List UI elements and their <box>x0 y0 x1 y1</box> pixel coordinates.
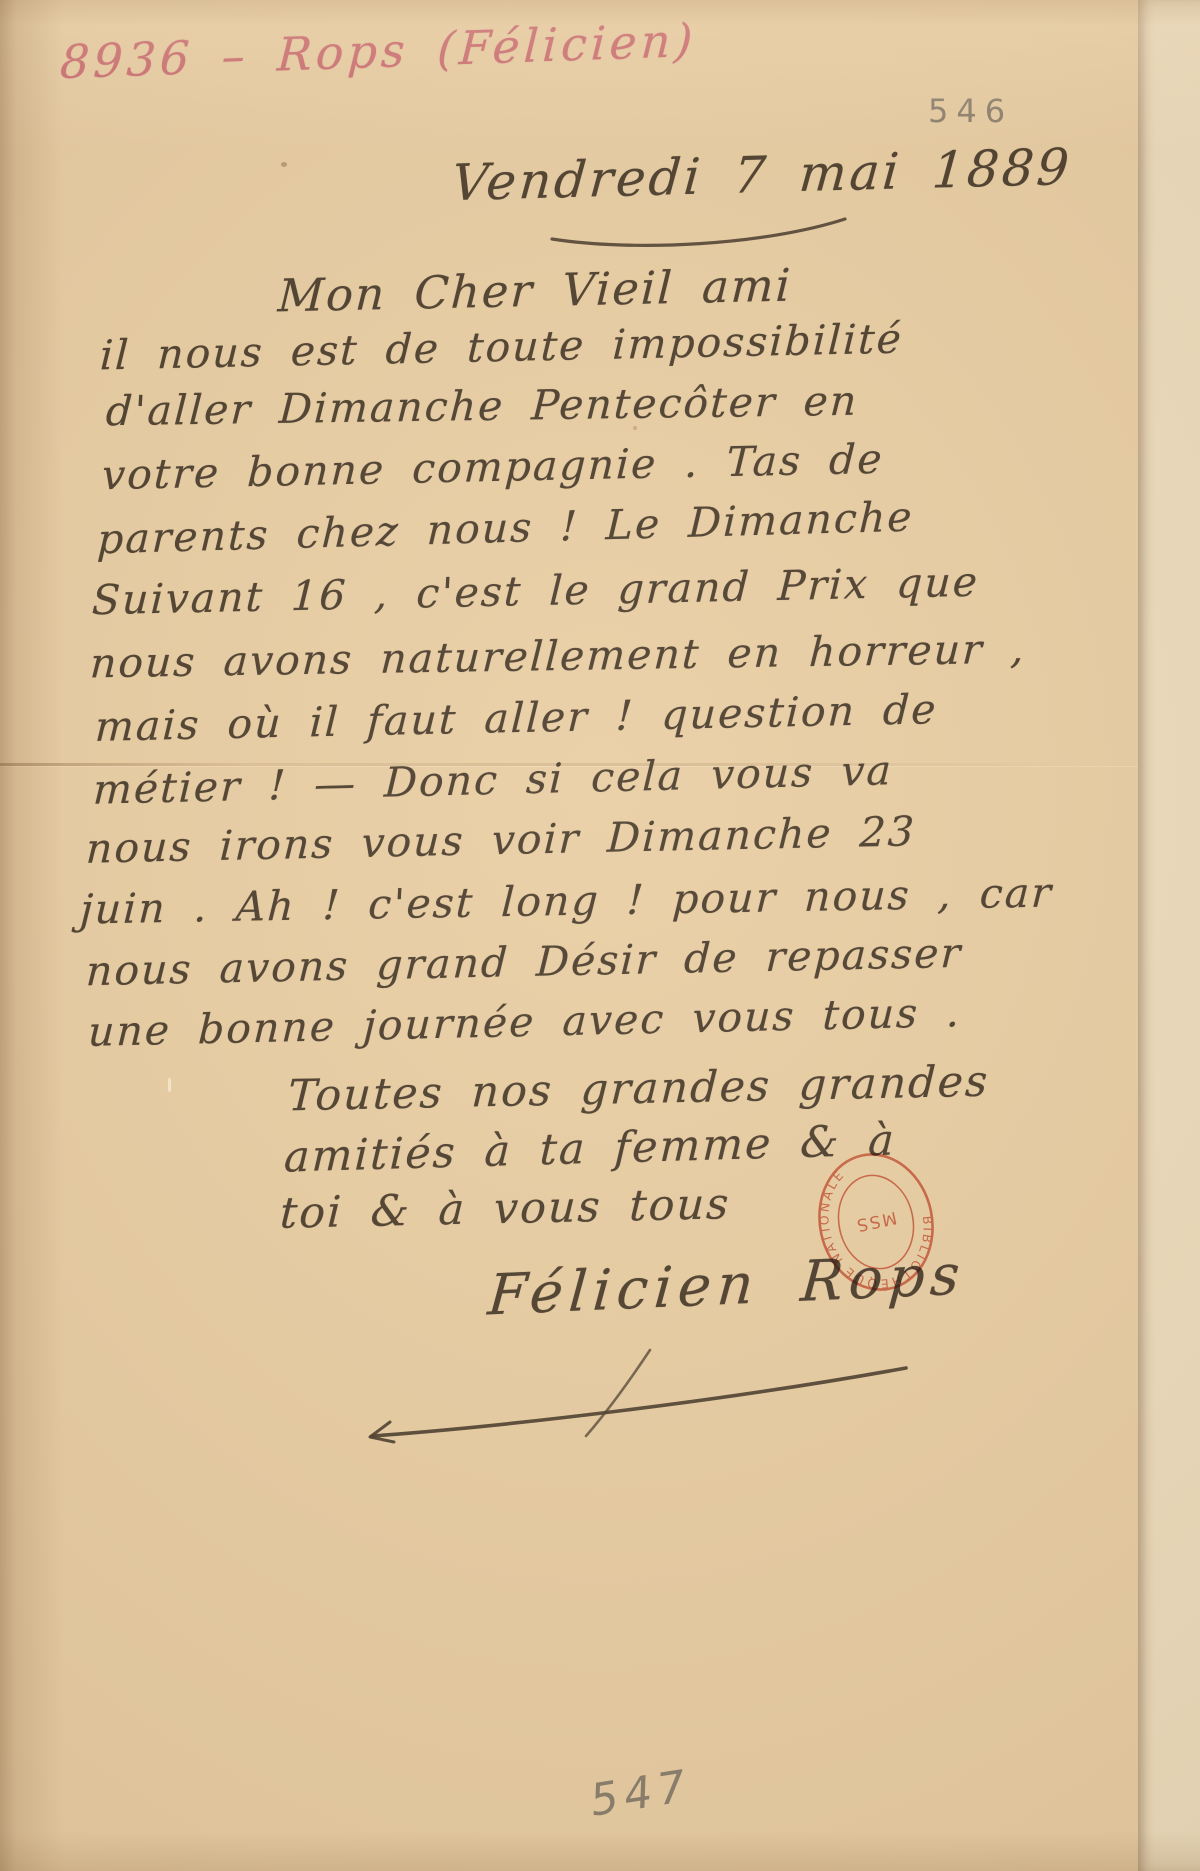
letter-line: mais où il faut aller ! question de <box>94 689 938 748</box>
letter-line: parents chez nous ! Le Dimanche <box>96 497 914 561</box>
letter-line: Mon Cher Vieil ami <box>277 263 793 319</box>
signature-flourish <box>350 1340 930 1455</box>
letter-line: une bonne journée avec vous tous . <box>87 992 962 1053</box>
library-stamp: BIBLIOTHÈQUE NATIONALE MSS <box>812 1146 940 1298</box>
letter-line: amitiés à ta femme & à <box>283 1119 896 1179</box>
letter-line: toi & à vous tous <box>279 1183 731 1235</box>
letter-line: il nous est de toute impossibilité <box>99 319 904 377</box>
archive-header-annotation: 8936 – Rops (Félicien) <box>59 13 698 89</box>
letter-line: métier ! — Donc si cela vous va <box>92 750 894 811</box>
folio-number-top: 546 <box>928 92 1013 130</box>
letter-line: nous avons naturellement en horreur , <box>89 629 1027 685</box>
letter-line: Toutes nos grandes grandes <box>287 1061 990 1119</box>
letter-line: juin . Ah ! c'est long ! pour nous , car <box>79 872 1054 930</box>
letter-line: nous irons vous voir Dimanche 23 <box>85 811 917 869</box>
foxing-speck <box>281 162 287 167</box>
backing-sheet-edge <box>1138 0 1200 1871</box>
letter-line: Suivant 16 , c'est le grand Prix que <box>91 562 980 622</box>
letter-line: d'aller Dimanche Pentecôter en <box>105 381 860 433</box>
letter-line: nous avons grand Désir de repasser <box>85 933 963 992</box>
date-line: Vendredi 7 mai 1889 <box>450 142 1073 208</box>
letter-line: votre bonne compagnie . Tas de <box>101 439 885 496</box>
date-underline-flourish <box>540 203 860 255</box>
letter-page: 8936 – Rops (Félicien) 546 Vendredi 7 ma… <box>0 0 1200 1871</box>
folio-number-bottom: 547 <box>587 1760 696 1826</box>
stamp-center-text: MSS <box>853 1207 898 1235</box>
foxing-speck <box>168 1078 171 1092</box>
